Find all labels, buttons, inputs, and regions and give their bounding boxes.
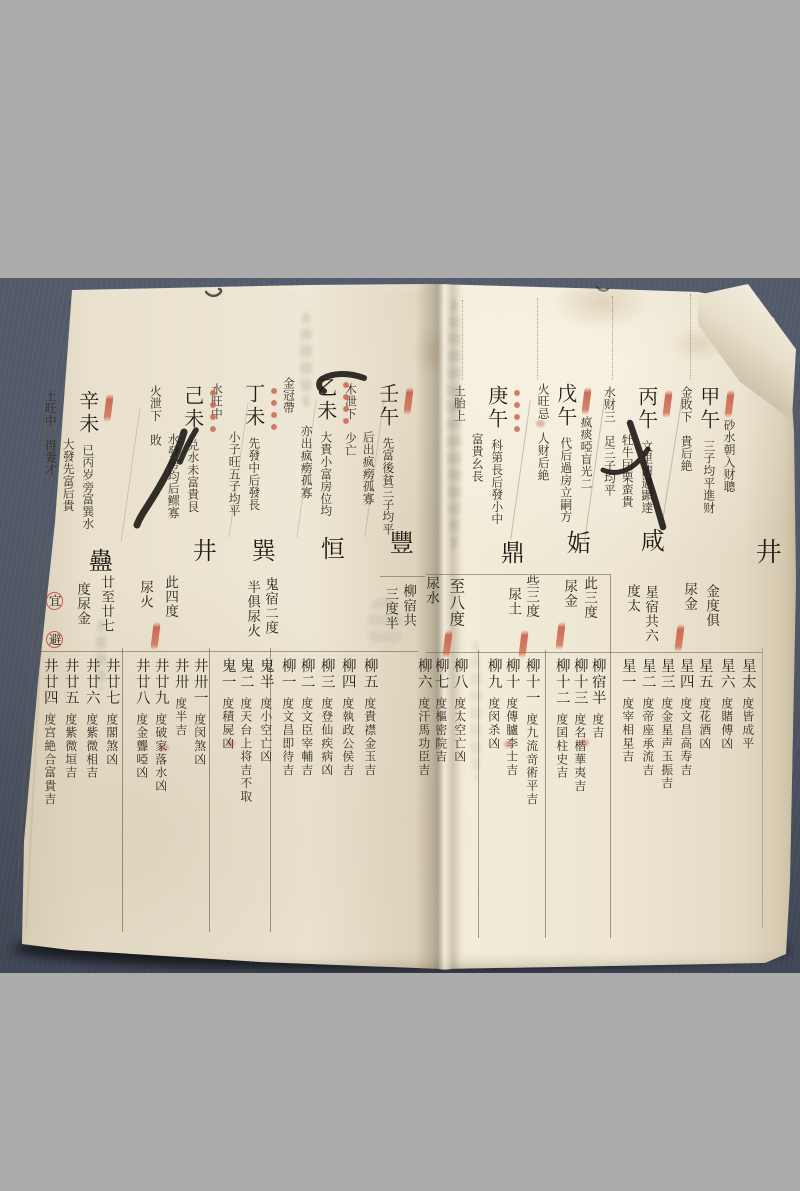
stem-branch-label: 辛未 — [76, 390, 100, 436]
table-rule — [426, 574, 610, 575]
annotation-note: 富貴幺長 — [470, 433, 483, 573]
degree-entry: 井廿五度紫微垣吉 — [62, 658, 79, 780]
table-rule — [545, 650, 546, 938]
degree-entry: 井廿九度破家落水凶 — [152, 658, 169, 793]
red-brush-mark — [581, 386, 592, 417]
degree-entry: 井卅一度闵煞凶 — [191, 658, 208, 766]
table-rule — [35, 651, 418, 652]
degree-entry: 柳七度樞密院吉 — [432, 658, 449, 764]
gray-matte-bottom — [0, 973, 800, 1191]
annotation-note: 水發房均后鳏寡 — [166, 433, 179, 573]
degree-entry: 柳十度傳臚李士吉 — [503, 658, 520, 777]
red-dot-marks — [271, 386, 277, 434]
hexagram-name: 姤 — [563, 530, 588, 556]
degree-entry: 柳五度貴襟金玉吉 — [361, 658, 378, 777]
section-header: 此四度 — [163, 575, 177, 619]
degree-entry: 柳九度闵杀凶 — [485, 658, 502, 750]
column-guide — [690, 294, 691, 380]
photo-of-manuscript: 砂水朝入财聰 甲午三子均平進财 金敗下貴后絶 丙午文里清遇顕達 牡牛囙栗蛮貴 水… — [0, 0, 800, 1191]
annotation-note: 砂水朝入财聰 — [722, 419, 736, 493]
hexagram-name: 鼎 — [497, 540, 522, 566]
table-rule — [426, 652, 762, 653]
avoid-label-circled: 宜 避 — [46, 588, 63, 648]
element-note: 火泄下 — [148, 385, 162, 422]
degree-entry: 星四度文昌高寿吉 — [677, 658, 694, 777]
red-brush-mark — [724, 389, 735, 420]
section-header: 尿金 — [682, 582, 696, 611]
hexagram-name: 豐 — [386, 530, 411, 556]
annotation-note: 人财后絶 — [536, 432, 550, 481]
degree-entry: 星六度賭傅凶 — [718, 658, 735, 750]
annotation-note: 足三子均平 — [602, 435, 616, 497]
column-guide — [462, 300, 463, 380]
section-header: 至八度 — [448, 578, 464, 628]
annotation-note: 牡牛囙栗蛮貴 — [620, 434, 633, 574]
gray-matte-top — [0, 0, 800, 278]
section-header: 金度俱 — [704, 584, 718, 628]
degree-entry: 柳宿半度吉 — [589, 658, 606, 740]
annotation-note: 后出疯癆孤寡 — [361, 431, 374, 571]
annotation-note: 代后過房立嗣方 — [559, 437, 573, 523]
table-rule — [610, 574, 611, 938]
degree-entry: 星太度皆成平 — [739, 658, 756, 750]
annotation-note: 小子旺五子均平 — [227, 431, 240, 571]
degree-entry: 井廿七度閣煞凶 — [103, 658, 120, 766]
annotation-note: 科第長后發小中 — [490, 439, 504, 525]
section-header: 尿金 — [562, 579, 576, 608]
ink-bleed-through — [470, 640, 482, 780]
hexagram-name: 井 — [752, 538, 779, 566]
hexagram-name: 咸 — [637, 528, 662, 554]
stem-branch-label: 己未 — [181, 385, 205, 431]
annotation-note: 先發中后發長 — [247, 437, 261, 511]
degree-entry: 星五度花酒凶 — [696, 658, 713, 750]
stem-branch-group-jiawu: 砂水朝入财聰 甲午三子均平進财 金敗下貴后絶 — [677, 386, 740, 574]
annotation-note: 大發先富后貴 — [61, 438, 74, 578]
degree-entry: 鬼半度小空亡凶 — [257, 658, 274, 764]
stem-branch-label: 庚午 — [485, 385, 509, 431]
stem-branch-label: 乙未 — [314, 377, 338, 423]
degree-entry: 井廿六度紫微相吉 — [83, 658, 100, 780]
degree-entry: 鬼二度天台上将吉不取 — [237, 658, 254, 803]
section-header: 度尿金 — [75, 582, 89, 626]
red-brush-mark — [103, 393, 114, 424]
annotation-note: 大貴小富房位均 — [319, 431, 333, 517]
element-note: 水财三 — [602, 386, 616, 423]
annotation-note: 先富後貧三子均平 — [381, 437, 395, 535]
annotation-note: 敗 — [148, 434, 162, 446]
stem-branch-label: 戊午 — [554, 383, 578, 429]
degree-entry: 柳十二度囯柱史吉 — [553, 658, 570, 780]
section-header: 些三度 — [524, 575, 538, 619]
section-header: 廿至廿七 — [99, 575, 113, 633]
element-note: 火旺忌 — [536, 383, 550, 420]
annotation-note: 三子均平進财 — [702, 440, 716, 514]
annotation-note: 疯痰啞盲光二 — [579, 416, 593, 490]
red-brush-mark — [403, 386, 414, 417]
degree-entry: 柳二度文臣宰輔吉 — [298, 658, 315, 777]
table-rule — [478, 650, 479, 938]
degree-entry: 星一度宰相星吉 — [619, 658, 636, 764]
hexagram-name: 恒 — [317, 536, 342, 562]
red-circle: 避 — [46, 631, 63, 649]
stem-branch-label: 丙午 — [635, 386, 659, 432]
section-header: 鬼宿二度 — [263, 577, 277, 635]
element-note: 土旺中 — [43, 390, 57, 427]
annotation-note: 貴后絶 — [679, 435, 693, 472]
element-note: 金敗下 — [679, 386, 693, 423]
section-header: 尿水 — [424, 576, 438, 605]
degree-entry: 柳一度文昌即待吉 — [279, 658, 296, 777]
annotation-note: 文里清遇顕達 — [640, 440, 654, 514]
stem-branch-label: 甲午 — [697, 386, 721, 432]
degree-entry: 柳八度太空亡凶 — [451, 658, 468, 764]
degree-entry: 井廿四度宫絶合富貴吉 — [41, 658, 58, 806]
red-circle: 宜 — [46, 592, 63, 610]
degree-entry: 柳十一度九流竒術平吉 — [523, 658, 540, 806]
annotation-note: 得妻才 — [43, 439, 57, 476]
section-header: 柳宿共 — [401, 584, 415, 628]
annotation-note: 兑水未富貴艮 — [186, 439, 200, 513]
section-header: 此三度 — [582, 576, 596, 620]
table-rule — [122, 648, 123, 932]
red-brush-mark — [662, 389, 673, 420]
red-dot-marks — [210, 388, 216, 436]
degree-entry: 星三度金星声玉振吉 — [658, 658, 675, 790]
annotation-note: 已丙岁旁富巽水 — [81, 444, 95, 530]
annotation-note: 亦出疯癆孤寡 — [299, 425, 312, 565]
red-dot-marks — [514, 388, 520, 436]
section-header: 星宿共六 — [643, 585, 657, 643]
red-dot-marks — [343, 380, 349, 428]
stem-branch-label: 壬午 — [376, 383, 400, 429]
degree-entry: 鬼一度積屍凶 — [219, 658, 236, 750]
column-guide — [612, 296, 613, 380]
degree-entry: 柳十三度名楷華夷吉 — [571, 658, 588, 793]
section-header: 半俱尿火 — [245, 580, 259, 638]
section-header: 度太 — [625, 584, 639, 613]
section-header: 三度半 — [383, 587, 397, 631]
degree-entry: 井廿八度金聾啞凶 — [133, 658, 150, 780]
degree-entry: 柳六度汗馬功臣吉 — [415, 658, 432, 777]
column-guide — [537, 298, 538, 380]
table-rule — [762, 648, 763, 928]
degree-entry: 星二度帝座承流吉 — [639, 658, 656, 777]
hexagram-name: 巽 — [248, 538, 273, 564]
section-header: 尿土 — [506, 587, 520, 616]
section-header: 尿火 — [138, 580, 152, 609]
stem-branch-label: 丁未 — [242, 383, 266, 429]
element-note: 土胎上 — [452, 385, 466, 422]
degree-entry: 柳三度登仙疾病凶 — [318, 658, 335, 777]
hexagram-name: 井 — [189, 538, 214, 564]
hexagram-name: 蠱 — [85, 548, 110, 574]
degree-entry: 柳四度執政公侯吉 — [339, 658, 356, 777]
table-rule — [209, 648, 210, 932]
table-rule — [380, 576, 425, 577]
degree-entry: 井卅度半吉 — [172, 658, 189, 737]
